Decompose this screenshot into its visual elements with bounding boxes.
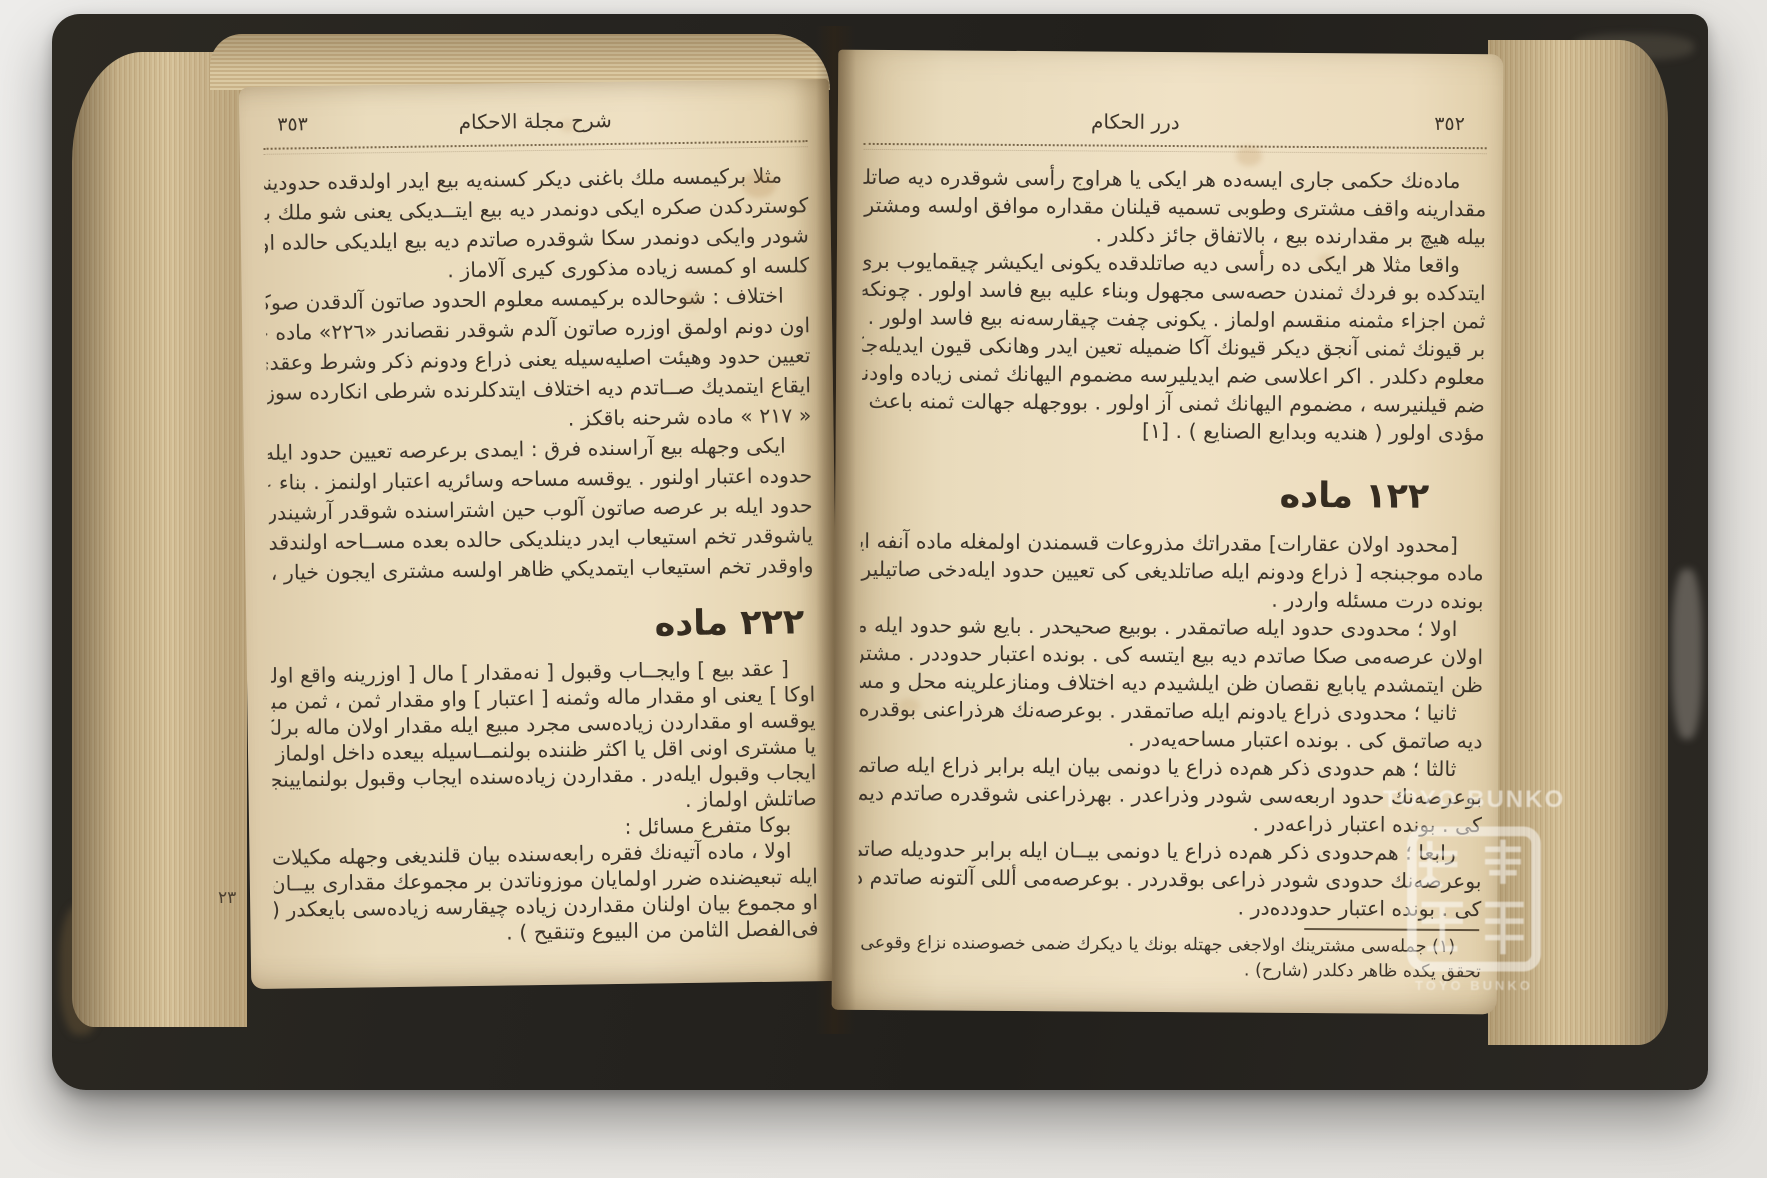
text-line: اولا ؛ محدودى حدود ايله صاتمقدر . بوبيع … bbox=[860, 611, 1483, 643]
watermark-title: TOYO BUNKO bbox=[1378, 786, 1570, 814]
header-rule bbox=[864, 143, 1487, 154]
text-line: ثمن اجزاء مثمنه منقسم اولماز . يكونى چفت… bbox=[862, 303, 1485, 335]
signature-mark: ٢٣ bbox=[218, 888, 236, 908]
text-line: بيله هيچ بر مقدارنده بيع ، بالاتفاق جائز… bbox=[863, 219, 1486, 251]
left-page-text-upper: مثلا بركيمسه ملك باغنى ديكر كسنه‌يه بيع … bbox=[264, 160, 814, 588]
right-page-header: درر الحكام ٣٥٢ bbox=[864, 108, 1487, 142]
toyo-bunko-seal-icon bbox=[1405, 824, 1543, 974]
text-line: بونده درت مسئله واردر . bbox=[860, 583, 1483, 615]
text-line: واوقدر تخم استيعاب ايتمديكي ظاهر اولسه م… bbox=[269, 550, 813, 588]
cover-wear-patch bbox=[1672, 569, 1702, 739]
header-rule bbox=[264, 140, 808, 155]
page-number-353: ٣٥٣ bbox=[277, 113, 308, 135]
text-line: واقعا مثلا هر ايكى ده رأسى ديه صاتلدقده … bbox=[863, 247, 1486, 279]
watermark-subtitle: TOYO BUNKO bbox=[1378, 978, 1570, 993]
text-line: ثانيا ؛ محدودى ذراع يادونم ايله صاتمقدر … bbox=[860, 695, 1483, 727]
paper-stain bbox=[1236, 146, 1262, 166]
text-line: مؤدى اولور ( هنديه وبدايع الصنايع ) . [١… bbox=[862, 415, 1485, 447]
page-edges-left bbox=[72, 52, 247, 1027]
toyo-bunko-watermark: TOYO BUNKO TOYO BUNKO bbox=[1378, 786, 1570, 993]
paper-stain bbox=[682, 292, 702, 308]
left-page-text-lower: [ عقد بيع ] وايجــاب وقبول [ نه‌مقدار ] … bbox=[271, 655, 819, 949]
text-line: ماده موجبنجه [ ذراع ودونم ايله صاتلديغى … bbox=[861, 555, 1484, 587]
paper-stain bbox=[898, 698, 920, 714]
text-line: مقدارينه واقف مشترى وطوبى تسميه قيلنان م… bbox=[863, 191, 1486, 223]
text-line: ماده‌نك حكمى جارى ايسه‌ده هر ايكى يا هرا… bbox=[863, 163, 1486, 195]
left-page-header: ٣٥٣ شرح مجلة الاحكام bbox=[263, 105, 807, 143]
text-line: ثالثا ؛ هم حدودى ذكر هم‌ده ذراع يا دونمى… bbox=[859, 751, 1482, 783]
paper-stain bbox=[1318, 254, 1334, 267]
book-gutter bbox=[816, 26, 856, 1034]
text-line: ضم قيلنيرسه ، مضموم اليهانك ثمنى آز اولو… bbox=[862, 387, 1485, 419]
text-line: ديه صاتمق كى . بونده اعتبار مساحه‌يه‌در … bbox=[859, 723, 1482, 755]
running-title-right: درر الحكام bbox=[824, 108, 1447, 136]
text-line: ايتدكده بو فردك ثمندن حصه‌سى مجهول وبناء… bbox=[863, 275, 1486, 307]
text-line: اولان عرصه‌مى صكا صاتدم ديه بيع ايتسه كى… bbox=[860, 639, 1483, 671]
paper-stain bbox=[742, 172, 776, 198]
running-title-left: شرح مجلة الاحكام bbox=[263, 105, 807, 137]
book-photo: ٣٥٣ شرح مجلة الاحكام مثلا بركيمسه ملك با… bbox=[0, 0, 1767, 1178]
article-heading-221: ١٢٢ ماده bbox=[861, 473, 1429, 517]
text-line: ظن ايتمشدم يابايع نقصان ظن ايلشيدم ديه ا… bbox=[860, 667, 1483, 699]
paper-stain bbox=[560, 120, 576, 132]
article-heading-222: ٢٢٢ ماده bbox=[270, 602, 805, 649]
right-page-text-upper: ماده‌نك حكمى جارى ايسه‌ده هر ايكى يا هرا… bbox=[862, 163, 1487, 447]
left-page: ٣٥٣ شرح مجلة الاحكام مثلا بركيمسه ملك با… bbox=[239, 79, 842, 989]
text-line: [محدود اولان عقارات] مقدراتك مذروعات قسم… bbox=[861, 527, 1484, 559]
page-number-352: ٣٥٢ bbox=[1434, 113, 1465, 135]
text-line: معلوم دكلدر . اكر اعلاسى ضم ايديليرسه مض… bbox=[862, 359, 1485, 391]
text-line: بر قيونك ثمنى آنجق ديكر قيونك آكا ضميله … bbox=[862, 331, 1485, 363]
